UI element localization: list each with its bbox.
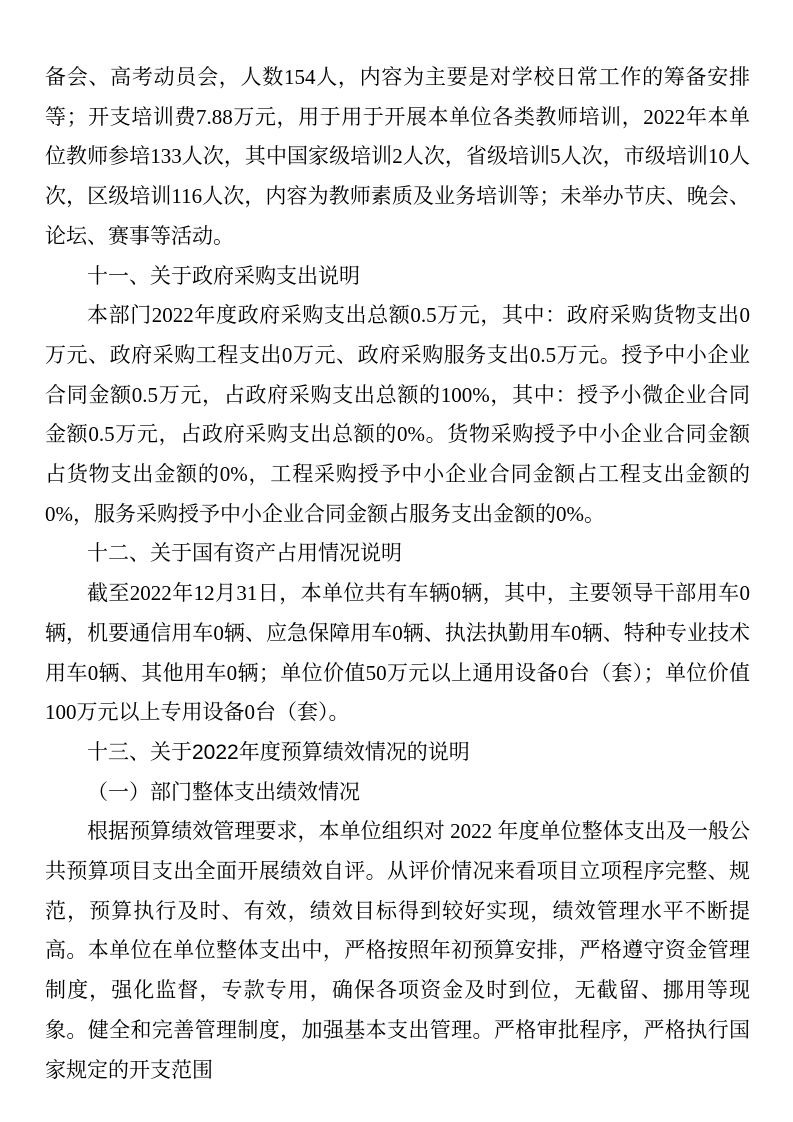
heading-section-13-budget-performance: 十三、关于2022年度预算绩效情况的说明 [45,733,750,773]
paragraph-performance-self-evaluation: 根据预算绩效管理要求，本单位组织对 2022 年度单位整体支出及一般公共预算项目… [45,812,750,1090]
subheading-13-1-overall-expenditure-performance: （一）部门整体支出绩效情况 [45,773,750,813]
heading-section-12-state-assets: 十二、关于国有资产占用情况说明 [45,534,750,574]
document-page: 备会、高考动员会，人数154人，内容为主要是对学校日常工作的筹备安排等；开支培训… [0,0,793,1122]
paragraph-state-assets: 截至2022年12月31日，本单位共有车辆0辆，其中，主要领导干部用车0辆，机要… [45,574,750,733]
paragraph-government-procurement: 本部门2022年度政府采购支出总额0.5万元，其中：政府采购货物支出0万元、政府… [45,296,750,534]
document-body: 备会、高考动员会，人数154人，内容为主要是对学校日常工作的筹备安排等；开支培训… [45,58,750,1090]
heading-section-11-government-procurement: 十一、关于政府采购支出说明 [45,257,750,297]
paragraph-meetings-and-training: 备会、高考动员会，人数154人，内容为主要是对学校日常工作的筹备安排等；开支培训… [45,58,750,257]
